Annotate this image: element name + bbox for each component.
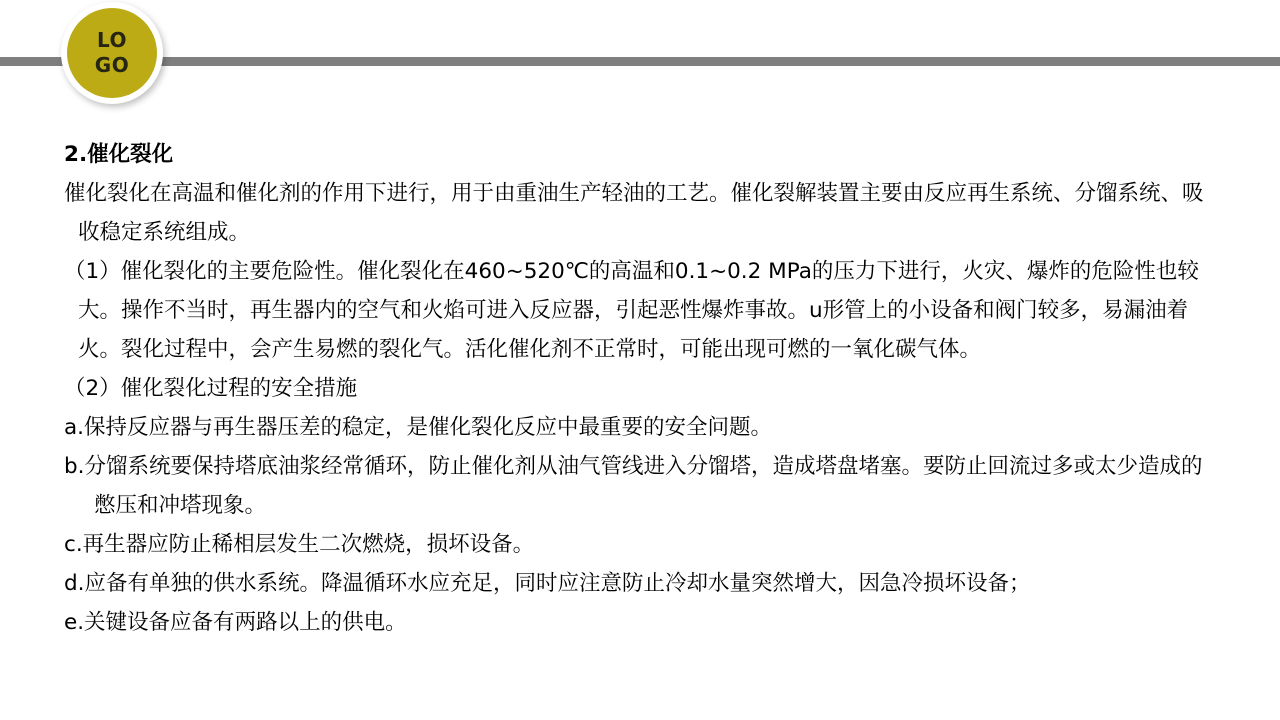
list-item-d: d.应备有单独的供水系统。降温循环水应充足，同时应注意防止冷却水量突然增大，因急… <box>64 564 1214 603</box>
top-divider-bar <box>0 57 1280 66</box>
paragraph-hazards: （1）催化裂化的主要危险性。催化裂化在460~520℃的高温和0.1~0.2 M… <box>64 252 1214 369</box>
paragraph-safety-measures-title: （2）催化裂化过程的安全措施 <box>64 369 1214 408</box>
logo: LO GO <box>61 2 163 104</box>
list-item-c: c.再生器应防止稀相层发生二次燃烧，损坏设备。 <box>64 525 1214 564</box>
list-item-e: e.关键设备应备有两路以上的供电。 <box>64 603 1214 642</box>
presentation-slide: LO GO 2.催化裂化 催化裂化在高温和催化剂的作用下进行，用于由重油生产轻油… <box>0 0 1280 720</box>
section-heading: 2.催化裂化 <box>64 135 1214 174</box>
logo-circle: LO GO <box>67 8 157 98</box>
list-item-b: b.分馏系统要保持塔底油浆经常循环，防止催化剂从油气管线进入分馏塔，造成塔盘堵塞… <box>64 447 1214 525</box>
logo-text-line1: LO <box>97 28 127 53</box>
logo-text-line2: GO <box>95 53 129 78</box>
paragraph-overview: 催化裂化在高温和催化剂的作用下进行，用于由重油生产轻油的工艺。催化裂解装置主要由… <box>64 174 1214 252</box>
list-item-a: a.保持反应器与再生器压差的稳定，是催化裂化反应中最重要的安全问题。 <box>64 408 1214 447</box>
slide-content: 2.催化裂化 催化裂化在高温和催化剂的作用下进行，用于由重油生产轻油的工艺。催化… <box>64 135 1214 642</box>
